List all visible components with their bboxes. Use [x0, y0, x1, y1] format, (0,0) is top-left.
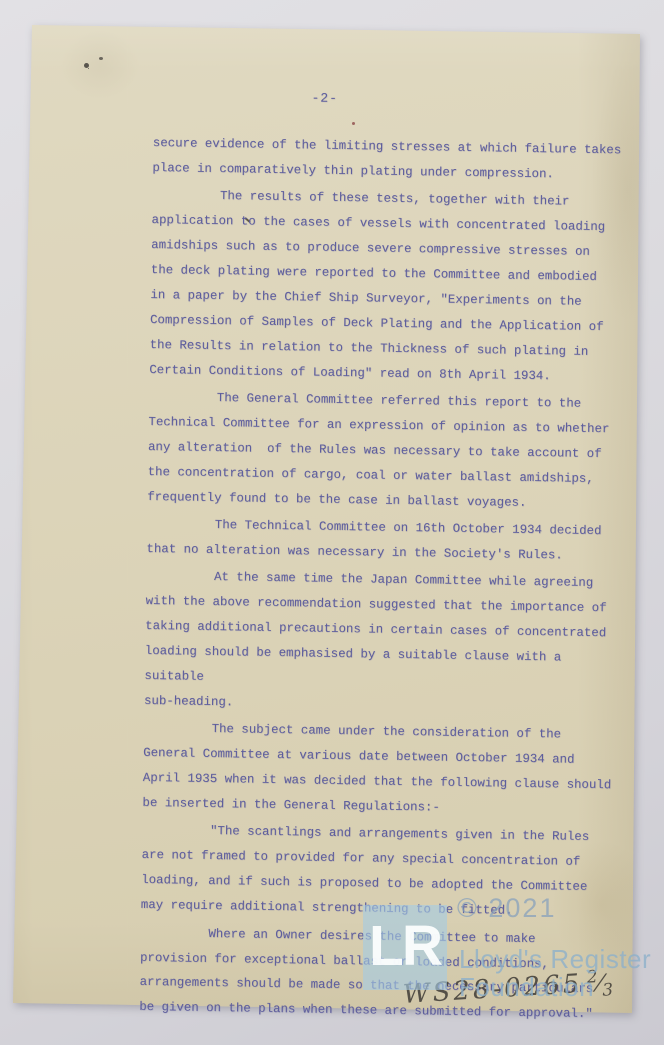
- typed-text-block: -2- secure evidence of the limiting stre…: [139, 131, 635, 1030]
- paper-speck: [99, 57, 103, 60]
- paragraph: The subject came under the consideration…: [142, 716, 626, 823]
- page-number: -2-: [311, 86, 338, 111]
- fraction-denominator: 3: [602, 980, 614, 1001]
- paragraph: At the same time the Japan Committee whi…: [144, 564, 628, 721]
- scanned-document-page: -2- secure evidence of the limiting stre…: [0, 0, 664, 1045]
- page-fraction: 2⁄3: [586, 966, 614, 1001]
- paper-stain: [60, 30, 140, 100]
- paragraph: secure evidence of the limiting stresses…: [152, 131, 635, 188]
- paragraph: "The scantlings and arrangements given i…: [141, 818, 625, 925]
- paragraph: The Technical Committee on 16th October …: [146, 512, 629, 569]
- paper-speck: [352, 122, 355, 125]
- paragraph: The General Committee referred this repo…: [147, 385, 631, 517]
- paragraph: The results of these tests, together wit…: [149, 183, 634, 390]
- paper-speck: [84, 63, 89, 68]
